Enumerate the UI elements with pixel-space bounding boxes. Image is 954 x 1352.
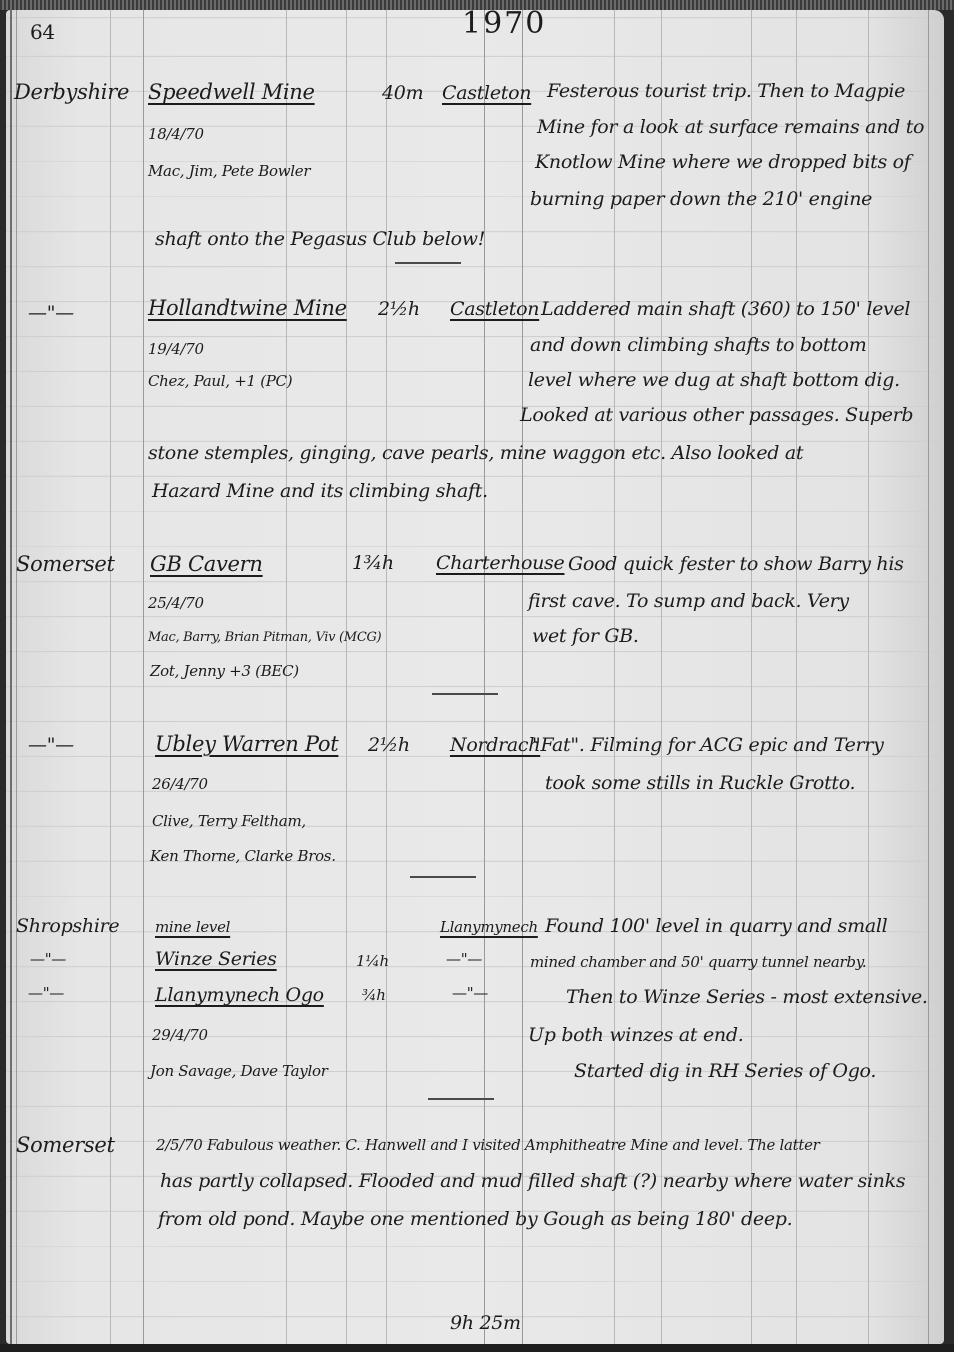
entry-cave-name: Llanymynech Ogo bbox=[155, 984, 324, 1006]
entry-cave-name: Winze Series bbox=[155, 948, 277, 970]
entry-party: Mac, Barry, Brian Pitman, Viv (MCG) bbox=[148, 630, 381, 645]
entry-region: —"— bbox=[28, 302, 74, 324]
entry-note-line: Started dig in RH Series of Ogo. bbox=[574, 1060, 876, 1082]
column-rule bbox=[143, 10, 144, 1344]
entry-date: 29/4/70 bbox=[152, 1026, 208, 1044]
entry-region: —"— bbox=[30, 950, 66, 968]
entry-cave-name: mine level bbox=[155, 918, 230, 936]
entry-duration: 40m bbox=[382, 82, 423, 104]
column-rule bbox=[868, 10, 869, 1344]
entry-note-line: Festerous tourist trip. Then to Magpie bbox=[547, 80, 905, 102]
entry-note-line: and down climbing shafts to bottom bbox=[530, 334, 866, 356]
entry-party: Chez, Paul, +1 (PC) bbox=[148, 372, 292, 390]
entry-region: —"— bbox=[28, 734, 74, 756]
entry-note-line: took some stills in Ruckle Grotto. bbox=[545, 772, 855, 794]
entry-duration: 2½h bbox=[378, 298, 420, 320]
entry-note-line: Knotlow Mine where we dropped bits of bbox=[535, 151, 911, 173]
entry-party: Jon Savage, Dave Taylor bbox=[150, 1062, 328, 1080]
entry-cave-name: Ubley Warren Pot bbox=[155, 732, 338, 756]
entry-location: Nordrach bbox=[450, 734, 540, 756]
entry-note-line: shaft onto the Pegasus Club below! bbox=[155, 228, 485, 250]
entry-note-line: Good quick fester to show Barry his bbox=[568, 553, 904, 575]
entry-location: —"— bbox=[446, 950, 482, 968]
entry-region: Shropshire bbox=[16, 915, 119, 937]
entry-note-line: from old pond. Maybe one mentioned by Go… bbox=[158, 1208, 792, 1230]
entry-date: 18/4/70 bbox=[148, 125, 204, 143]
entry-cave-name: Speedwell Mine bbox=[148, 80, 315, 104]
entry-note-line: Then to Winze Series - most extensive. bbox=[566, 986, 928, 1008]
entry-note-line: Hazard Mine and its climbing shaft. bbox=[152, 480, 488, 502]
entry-note-line: "Fat". Filming for ACG epic and Terry bbox=[532, 734, 884, 756]
entry-note-line: mined chamber and 50' quarry tunnel near… bbox=[530, 953, 866, 971]
page-year: 1970 bbox=[462, 6, 546, 41]
entry-party: Mac, Jim, Pete Bowler bbox=[148, 162, 310, 180]
entry-separator bbox=[432, 693, 498, 695]
entry-duration: ¾h bbox=[362, 986, 386, 1004]
notebook-binding-bottom bbox=[0, 1344, 954, 1352]
entry-note-line: wet for GB. bbox=[532, 625, 639, 647]
entry-location: Llanymynech bbox=[440, 918, 538, 936]
entry-cave-name: GB Cavern bbox=[150, 552, 263, 576]
entry-location: Charterhouse bbox=[436, 552, 564, 574]
entry-date: 26/4/70 bbox=[152, 775, 208, 793]
entry-duration: 1¾h bbox=[352, 552, 394, 574]
entry-location: —"— bbox=[452, 984, 488, 1002]
entry-party: Clive, Terry Feltham, bbox=[152, 812, 306, 830]
entry-note-line: burning paper down the 210' engine bbox=[530, 188, 872, 210]
entry-date: 25/4/70 bbox=[148, 594, 204, 612]
entry-note-line: Mine for a look at surface remains and t… bbox=[537, 116, 924, 138]
entry-note-line: level where we dug at shaft bottom dig. bbox=[528, 369, 900, 391]
entry-note-line: Looked at various other passages. Superb bbox=[520, 404, 913, 426]
page-number: 64 bbox=[30, 20, 55, 44]
entry-location: Castleton bbox=[450, 298, 539, 320]
entry-note-line: first cave. To sump and back. Very bbox=[528, 590, 849, 612]
margin-rule bbox=[10, 10, 12, 1344]
entry-region: Somerset bbox=[16, 1133, 115, 1157]
entry-party: Zot, Jenny +3 (BEC) bbox=[150, 662, 299, 680]
entry-note-line: 2/5/70 Fabulous weather. C. Hanwell and … bbox=[156, 1136, 820, 1154]
entry-separator bbox=[395, 262, 461, 264]
entry-note-line: Found 100' level in quarry and small bbox=[545, 915, 887, 937]
entry-region: Derbyshire bbox=[14, 80, 129, 104]
entry-duration: 1¼h bbox=[356, 952, 389, 970]
entry-note-line: Laddered main shaft (360) to 150' level bbox=[541, 298, 910, 320]
entry-duration: 2½h bbox=[368, 734, 410, 756]
total-time: 9h 25m bbox=[450, 1312, 521, 1334]
entry-note-line: stone stemples, ginging, cave pearls, mi… bbox=[148, 442, 803, 464]
entry-location: Castleton bbox=[442, 82, 531, 104]
entry-cave-name: Hollandtwine Mine bbox=[148, 296, 347, 320]
column-rule bbox=[928, 10, 929, 1344]
entry-party: Ken Thorne, Clarke Bros. bbox=[150, 847, 336, 865]
entry-separator bbox=[428, 1098, 494, 1100]
entry-note-line: Up both winzes at end. bbox=[528, 1024, 743, 1046]
entry-region: —"— bbox=[28, 984, 64, 1002]
entry-note-line: has partly collapsed. Flooded and mud fi… bbox=[160, 1170, 905, 1192]
entry-separator bbox=[410, 876, 476, 878]
entry-date: 19/4/70 bbox=[148, 340, 204, 358]
entry-region: Somerset bbox=[16, 552, 115, 576]
